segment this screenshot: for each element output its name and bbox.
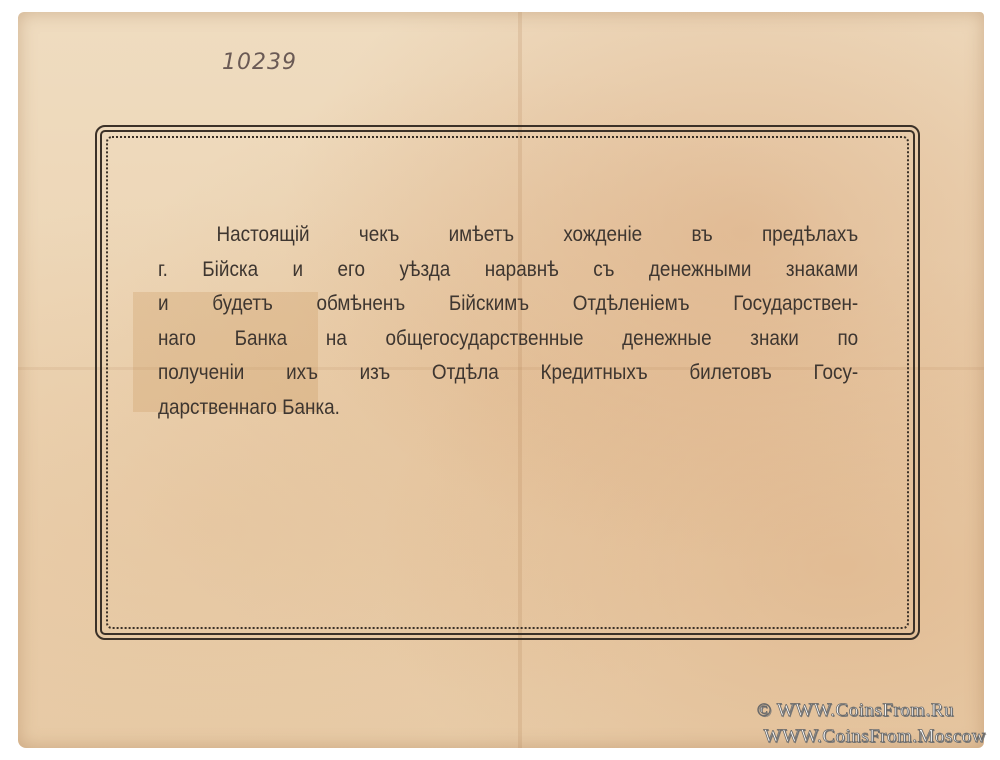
body-line: и будетъ обмѣненъ Бійскимъ Отдѣленіемъ Г… xyxy=(158,287,858,322)
watermark-line-2: WWW.CoinsFrom.Moscow xyxy=(763,726,986,748)
body-line: наго Банка на общегосударственные денежн… xyxy=(158,322,858,357)
body-line: Настоящій чекъ имѣетъ хожденіе въ предѣл… xyxy=(158,218,858,253)
note-body-text: Настоящій чекъ имѣетъ хожденіе въ предѣл… xyxy=(158,218,858,425)
body-line: дарственнаго Банка. xyxy=(158,391,858,426)
body-line: г. Бійска и его уѣзда наравнѣ съ денежны… xyxy=(158,253,858,288)
watermark-line-1: © WWW.CoinsFrom.Ru xyxy=(757,700,954,722)
body-line: полученіи ихъ изъ Отдѣла Кредитныхъ биле… xyxy=(158,356,858,391)
handwritten-serial: 10239 xyxy=(222,50,297,75)
